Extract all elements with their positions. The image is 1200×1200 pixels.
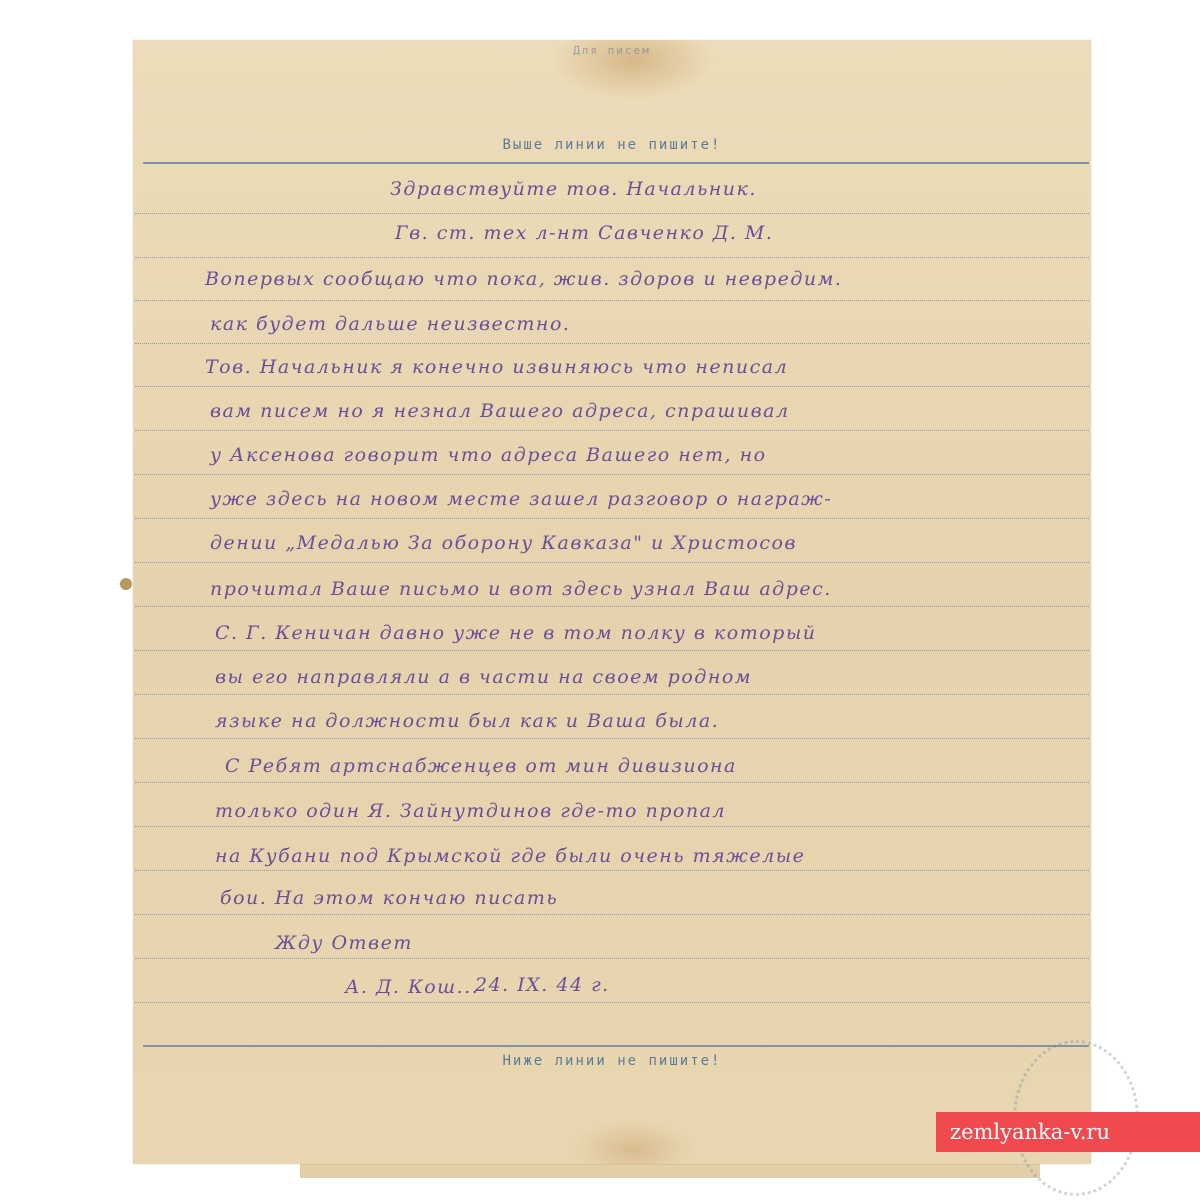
line-greeting: Здравствуйте тов. Начальник. — [390, 178, 757, 200]
top-rule-line — [143, 162, 1089, 164]
handwritten-line: только один Я. Зайнутдинов где-то пропал — [215, 800, 726, 822]
handwritten-line: языке на должности был как и Ваша была. — [215, 710, 719, 732]
print-note-bottom: Ниже линии не пишите! — [133, 1053, 1091, 1069]
paper-tear-mark — [120, 578, 132, 590]
dotted-rule — [135, 694, 1089, 695]
handwritten-line: у Аксенова говорит что адреса Вашего нет… — [210, 444, 767, 466]
letter-date: 24. IX. 44 г. — [475, 974, 610, 996]
dotted-rule — [135, 826, 1089, 827]
dotted-rule — [135, 300, 1089, 301]
handwritten-line: Вопервых сообщаю что пока, жив. здоров и… — [205, 268, 842, 290]
handwritten-line: Тов. Начальник я конечно извиняюсь что н… — [205, 356, 788, 378]
line-addressee: Гв. ст. тех л-нт Савченко Д. М. — [395, 222, 773, 244]
print-note-top: Выше линии не пишите! — [133, 137, 1091, 153]
handwritten-line: вы его направляли а в части на своем род… — [215, 666, 752, 688]
letter-sheet: Для писем Выше линии не пишите! Ниже лин… — [133, 40, 1091, 1164]
dotted-rule — [135, 343, 1089, 344]
line-closing: Жду Ответ — [275, 932, 413, 954]
bottom-rule-line — [143, 1045, 1089, 1047]
handwritten-line: дении „Медалью За оборону Кавказа" и Хри… — [210, 532, 797, 554]
dotted-rule — [135, 257, 1089, 258]
dotted-rule — [135, 430, 1089, 431]
dotted-rule — [135, 474, 1089, 475]
dotted-rule — [135, 562, 1089, 563]
dotted-rule — [135, 870, 1089, 871]
handwritten-line: С. Г. Кеничан давно уже не в том полку в… — [215, 622, 817, 644]
dotted-rule — [135, 958, 1089, 959]
dotted-rule — [135, 518, 1089, 519]
dotted-rule — [135, 782, 1089, 783]
handwritten-line: как будет дальше неизвестно. — [210, 313, 570, 335]
handwritten-line: С Ребят артснабженцев от мин дивизиона — [225, 755, 737, 777]
dotted-rule — [135, 213, 1089, 214]
dotted-rule — [135, 914, 1089, 915]
dotted-rule — [135, 1002, 1089, 1003]
handwritten-line: бои. На этом кончаю писать — [220, 887, 558, 909]
handwritten-line: уже здесь на новом месте зашел разговор … — [210, 488, 832, 510]
handwritten-line: вам писем но я незнал Вашего адреса, спр… — [210, 400, 790, 422]
faded-header: Для писем — [133, 44, 1091, 57]
handwritten-line: прочитал Ваше письмо и вот здесь узнал В… — [210, 578, 832, 600]
handwritten-line: на Кубани под Крымской где были очень тя… — [215, 845, 805, 867]
dotted-rule — [135, 738, 1089, 739]
dotted-rule — [135, 386, 1089, 387]
site-watermark: zemlyanka-v.ru — [936, 1112, 1200, 1152]
dotted-rule — [135, 606, 1089, 607]
signature: А. Д. Кош... — [345, 976, 479, 998]
dotted-rule — [135, 650, 1089, 651]
